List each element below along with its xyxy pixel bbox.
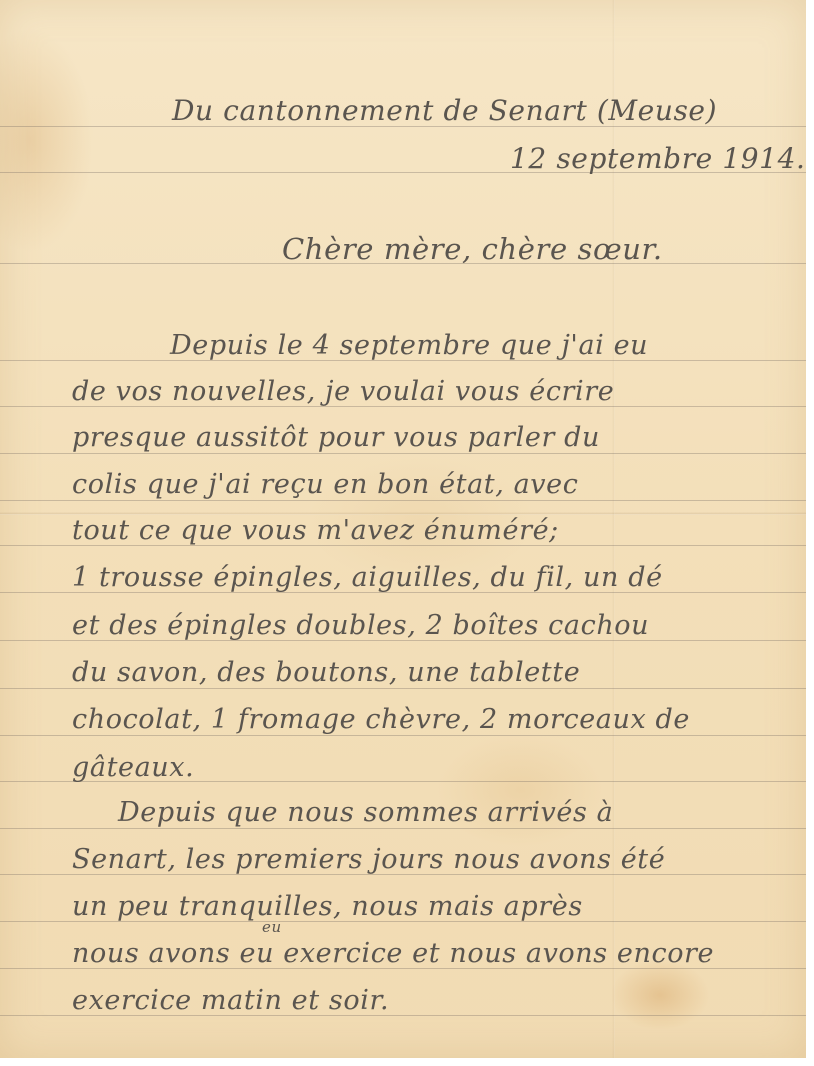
body-line: Depuis le 4 septembre que j'ai eu [170,330,648,361]
body-line: un peu tranquilles, nous mais après [72,891,583,922]
ruled-line [0,735,806,736]
ruled-line [0,500,806,501]
body-line: exercice matin et soir. [72,985,389,1016]
letter-paper: Du cantonnement de Senart (Meuse) 12 sep… [0,0,806,1058]
ruled-line [0,828,806,829]
body-line: de vos nouvelles, je voulai vous écrire [72,376,614,407]
body-line: 1 trousse épingles, aiguilles, du fil, u… [72,562,663,593]
body-line: nous avons eu exercice et nous avons enc… [72,938,714,969]
body-line: gâteaux. [72,752,194,783]
body-line: et des épingles doubles, 2 boîtes cachou [72,610,649,641]
letter-place-header: Du cantonnement de Senart (Meuse) [172,94,717,127]
ruled-line [0,453,806,454]
body-line: Senart, les premiers jours nous avons ét… [72,844,665,875]
ruled-line [0,688,806,689]
body-line: presque aussitôt pour vous parler du [72,422,600,453]
body-line: chocolat, 1 fromage chèvre, 2 morceaux d… [72,704,690,735]
body-line: du savon, des boutons, une tablette [72,657,580,688]
letter-date: 12 septembre 1914. [510,142,806,175]
letter-salutation: Chère mère, chère sœur. [282,232,663,266]
body-line: tout ce que vous m'avez énuméré; [72,515,559,546]
body-line: colis que j'ai reçu en bon état, avec [72,469,578,500]
interlinear-insertion: eu [262,918,282,936]
body-line: Depuis que nous sommes arrivés à [118,797,613,828]
